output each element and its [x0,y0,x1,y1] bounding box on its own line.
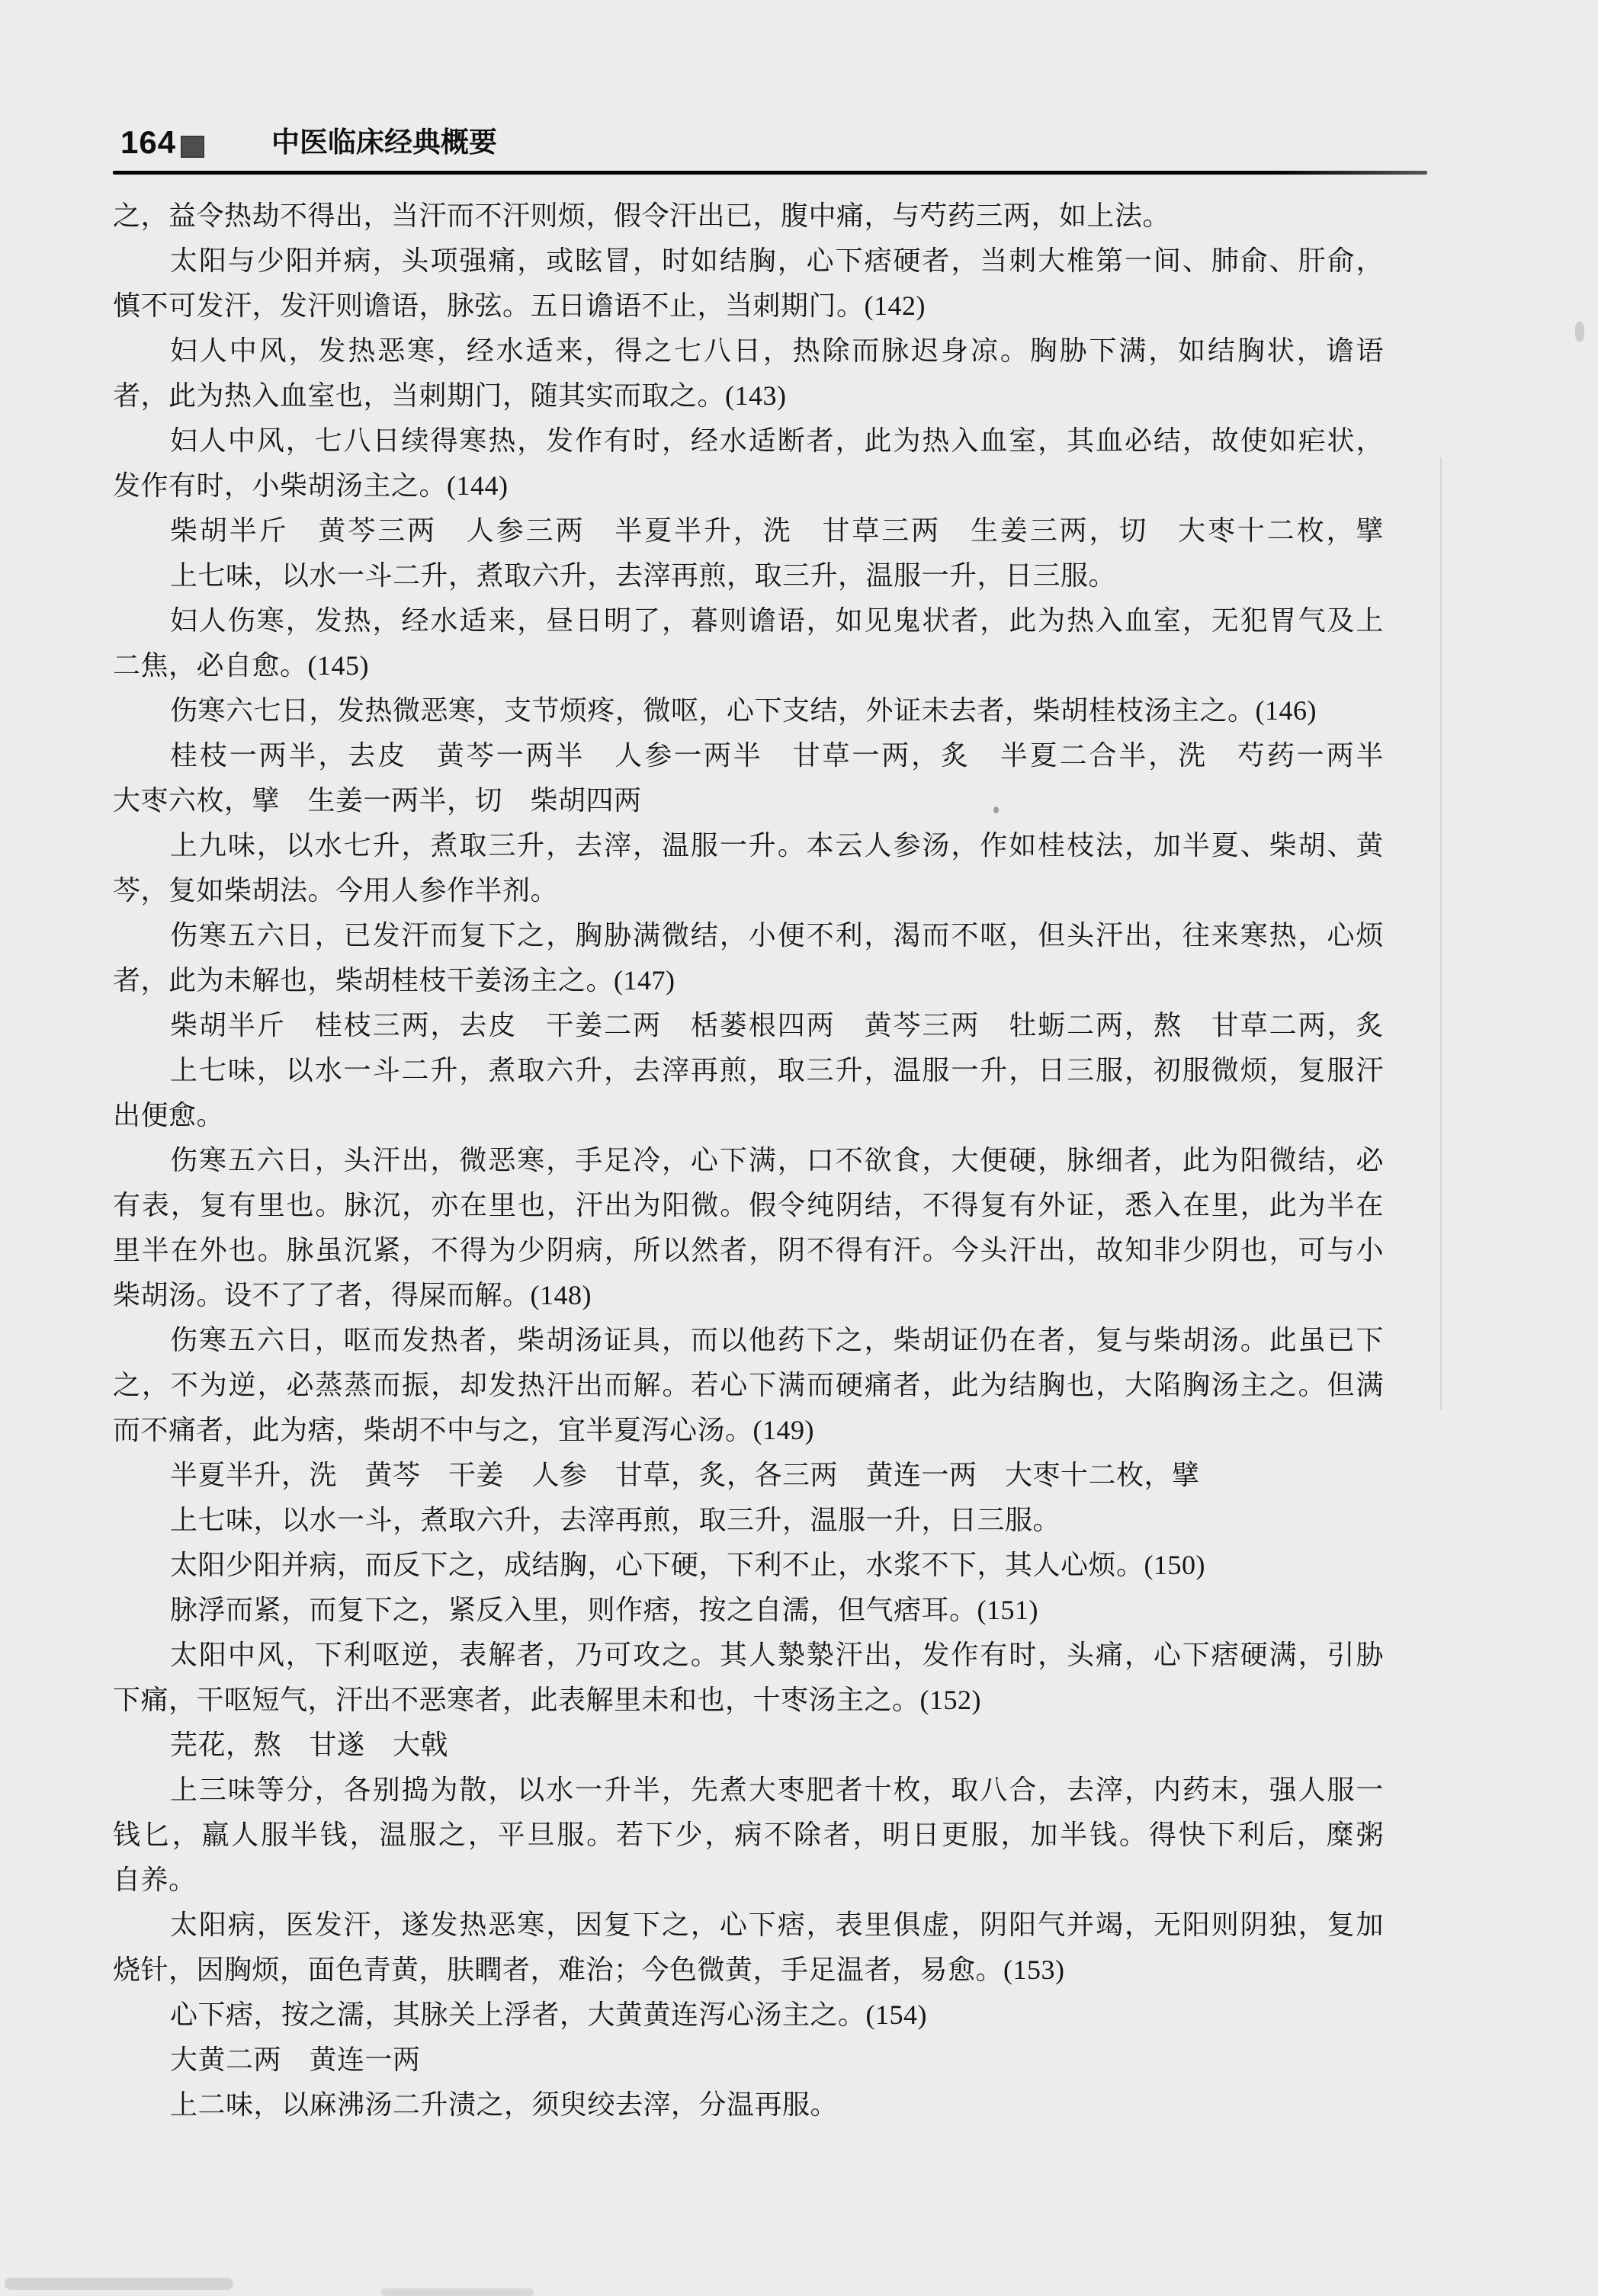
text-line: 上二味，以麻沸汤二升渍之，须臾绞去滓，分温再服。 [113,2083,1384,2128]
text-line: 有表，复有里也。脉沉，亦在里也，汗出为阳微。假令纯阴结，不得复有外证，悉入在里，… [113,1183,1384,1228]
text-line: 慎不可发汗，发汗则谵语，脉弦。五日谵语不止，当刺期门。(142) [113,284,1384,329]
text-line: 上七味，以水一斗二升，煮取六升，去滓再煎，取三升，温服一升，日三服。 [113,553,1384,598]
text-line: 下痛，干呕短气，汗出不恶寒者，此表解里未和也，十枣汤主之。(152) [113,1678,1384,1723]
text-line: 伤寒五六日，头汗出，微恶寒，手足冷，心下满，口不欲食，大便硬，脉细者，此为阳微结… [113,1138,1384,1183]
text-line: 上九味，以水七升，煮取三升，去滓，温服一升。本云人参汤，作如桂枝法，加半夏、柴胡… [113,823,1384,868]
header-rule [113,171,1427,175]
text-line: 自养。 [113,1858,1384,1903]
text-line: 烧针，因胸烦，面色青黄，肤瞤者，难治；今色微黄，手足温者，易愈。(153) [113,1948,1384,1993]
text-line: 之，益令热劫不得出，当汗而不汗则烦，假令汗出已，腹中痛，与芍药三两，如上法。 [113,194,1384,239]
text-line: 伤寒五六日，已发汗而复下之，胸胁满微结，小便不利，渴而不呕，但头汗出，往来寒热，… [113,913,1384,958]
scan-fold-line [1440,457,1442,1410]
text-line: 者，此为热入血室也，当刺期门，随其实而取之。(143) [113,374,1384,418]
text-line: 二焦，必自愈。(145) [113,643,1384,688]
text-line: 伤寒六七日，发热微恶寒，支节烦疼，微呕，心下支结，外证未去者，柴胡桂枝汤主之。(… [113,688,1384,733]
text-line: 上七味，以水一斗，煮取六升，去滓再煎，取三升，温服一升，日三服。 [113,1498,1384,1543]
text-line: 上三味等分，各别捣为散，以水一升半，先煮大枣肥者十枚，取八合，去滓，内药末，强人… [113,1768,1384,1813]
text-line: 钱匕，羸人服半钱，温服之，平旦服。若下少，病不除者，明日更服，加半钱。得快下利后… [113,1813,1384,1858]
text-line: 上七味，以水一斗二升，煮取六升，去滓再煎，取三升，温服一升，日三服，初服微烦，复… [113,1048,1384,1093]
text-line: 者，此为未解也，柴胡桂枝干姜汤主之。(147) [113,958,1384,1003]
header-marker-square-icon [181,136,204,158]
text-line: 太阳病，医发汗，遂发热恶寒，因复下之，心下痞，表里俱虚，阴阳气并竭，无阳则阴独，… [113,1903,1384,1948]
text-line: 而不痛者，此为痞，柴胡不中与之，宜半夏泻心汤。(149) [113,1408,1384,1453]
page-number: 164 [120,127,176,159]
text-line: 大枣六枚，擘 生姜一两半，切 柴胡四两 [113,778,1384,823]
text-line: 大黄二两 黄连一两 [113,2038,1384,2083]
text-line: 里半在外也。脉虽沉紧，不得为少阴病，所以然者，阴不得有汗。今头汗出，故知非少阴也… [113,1228,1384,1273]
text-line: 妇人中风，发热恶寒，经水适来，得之七八日，热除而脉迟身凉。胸胁下满，如结胸状，谵… [113,329,1384,374]
scan-speck [1575,322,1584,342]
scan-smudge [5,2278,233,2290]
scan-smudge [381,2288,534,2296]
text-line: 芫花，熬 甘遂 大戟 [113,1723,1384,1768]
text-line: 之，不为逆，必蒸蒸而振，却发热汗出而解。若心下满而硬痛者，此为结胸也，大陷胸汤主… [113,1363,1384,1408]
text-line: 伤寒五六日，呕而发热者，柴胡汤证具，而以他药下之，柴胡证仍在者，复与柴胡汤。此虽… [113,1318,1384,1363]
text-line: 妇人伤寒，发热，经水适来，昼日明了，暮则谵语，如见鬼状者，此为热入血室，无犯胃气… [113,598,1384,643]
scan-speck [993,806,999,813]
book-title: 中医临床经典概要 [271,128,497,159]
text-line: 桂枝一两半，去皮 黄芩一两半 人参一两半 甘草一两，炙 半夏二合半，洗 芍药一两… [113,733,1384,778]
text-line: 妇人中风，七八日续得寒热，发作有时，经水适断者，此为热入血室，其血必结，故使如疟… [113,418,1384,463]
book-page: 164 中医临床经典概要 之，益令热劫不得出，当汗而不汗则烦，假令汗出已，腹中痛… [0,0,1598,2296]
text-line: 芩，复如柴胡法。今用人参作半剂。 [113,868,1384,913]
text-line: 柴胡半斤 桂枝三两，去皮 干姜二两 栝蒌根四两 黄芩三两 牡蛎二两，熬 甘草二两… [113,1003,1384,1048]
text-line: 太阳与少阳并病，头项强痛，或眩冒，时如结胸，心下痞硬者，当刺大椎第一间、肺俞、肝… [113,239,1384,284]
text-line: 半夏半升，洗 黄芩 干姜 人参 甘草，炙，各三两 黄连一两 大枣十二枚，擘 [113,1453,1384,1498]
body-text: 之，益令热劫不得出，当汗而不汗则烦，假令汗出已，腹中痛，与芍药三两，如上法。太阳… [113,194,1384,2128]
text-line: 柴胡半斤 黄芩三两 人参三两 半夏半升，洗 甘草三两 生姜三两，切 大枣十二枚，… [113,508,1384,553]
text-line: 心下痞，按之濡，其脉关上浮者，大黄黄连泻心汤主之。(154) [113,1993,1384,2038]
text-line: 发作有时，小柴胡汤主之。(144) [113,463,1384,508]
text-line: 太阳中风，下利呕逆，表解者，乃可攻之。其人漐漐汗出，发作有时，头痛，心下痞硬满，… [113,1633,1384,1678]
text-line: 出便愈。 [113,1093,1384,1138]
text-line: 太阳少阳并病，而反下之，成结胸，心下硬，下利不止，水浆不下，其人心烦。(150) [113,1543,1384,1588]
text-line: 脉浮而紧，而复下之，紧反入里，则作痞，按之自濡，但气痞耳。(151) [113,1588,1384,1633]
text-line: 柴胡汤。设不了了者，得屎而解。(148) [113,1273,1384,1318]
